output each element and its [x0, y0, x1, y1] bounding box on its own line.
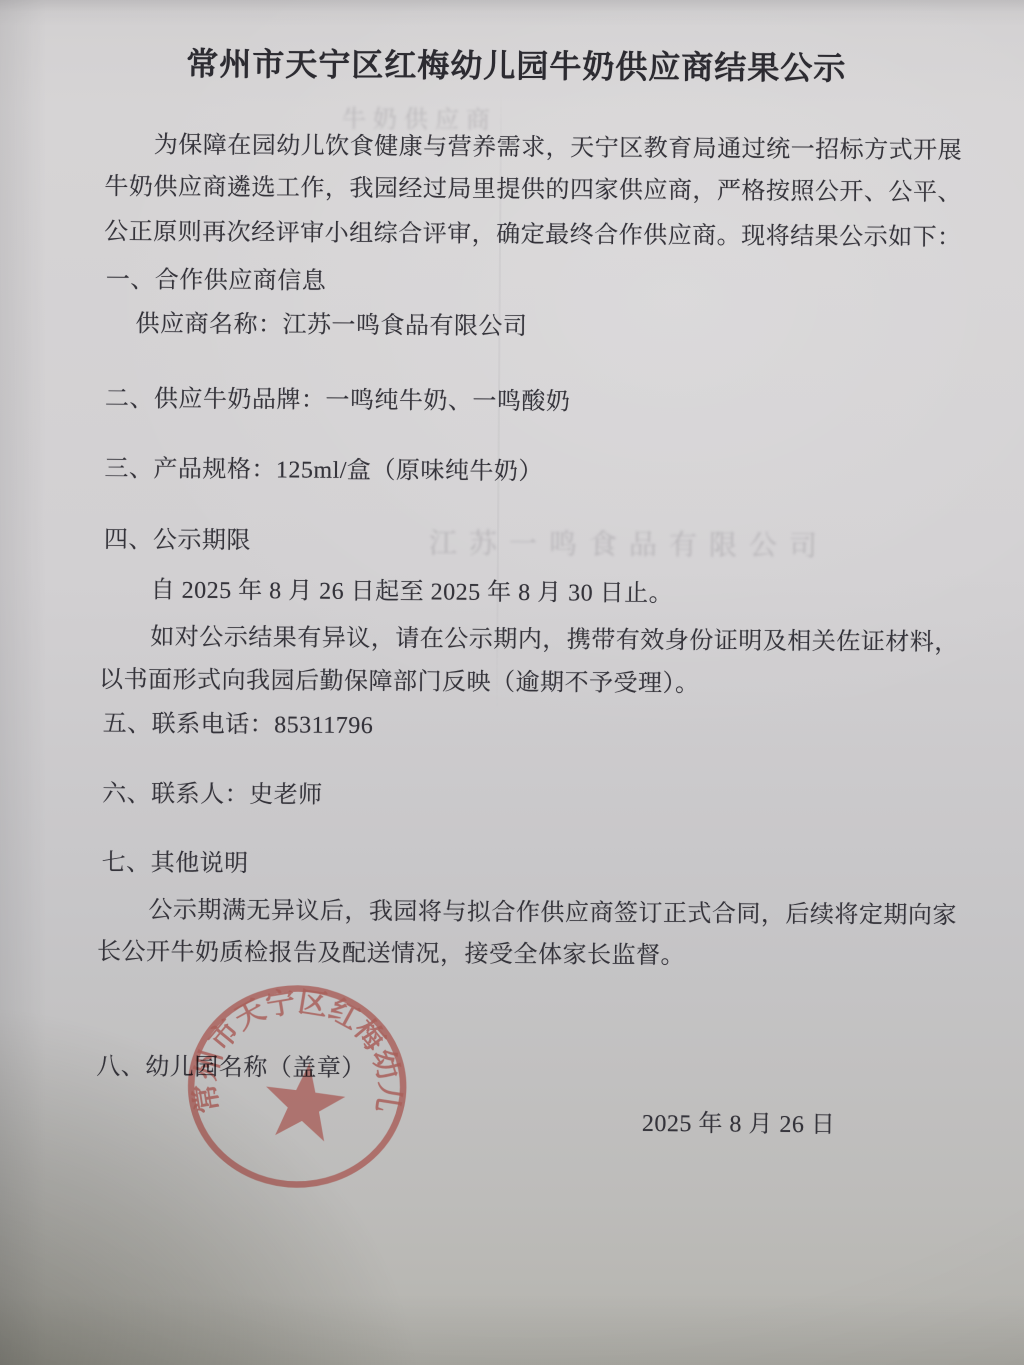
- doc-date: 2025 年 8 月 26 日: [642, 1108, 836, 1141]
- seal-star-icon: [260, 1058, 349, 1144]
- photographed-notice: { "doc": { "title": "常州市天宁区红梅幼儿园牛奶供应商结果公…: [0, 0, 1024, 1365]
- section-7-heading: 七、其他说明: [102, 847, 249, 880]
- section-1-heading: 一、合作供应商信息: [106, 264, 327, 298]
- publicity-period: 自 2025 年 8 月 26 日起至 2025 年 8 月 30 日止。: [151, 574, 674, 610]
- section-6-contact-person: 六、联系人：史老师: [102, 778, 323, 812]
- other-notes: 公示期满无异议后，我园将与拟合作供应商签订正式合同，后续将定期向家: [148, 894, 957, 932]
- supplier-name: 供应商名称：江苏一鸣食品有限公司: [135, 308, 527, 343]
- section-2-milk-brands: 二、供应牛奶品牌：一鸣纯牛奶、一鸣酸奶: [105, 383, 571, 418]
- objection-instructions: 如对公示结果有异议，请在公示期内，携带有效身份证明及相关佐证材料，: [150, 621, 959, 659]
- bleed-through-text: 牛奶供应商: [342, 99, 497, 135]
- official-seal: 常州市天宁区红梅幼儿园: [183, 981, 410, 1193]
- document-page: 牛奶供应商 江苏一鸣食品有限公司 常州市天宁区红梅幼儿园牛奶供应商结果公示 为保…: [0, 0, 1024, 1365]
- objection-instructions: 以书面形式向我园后勤保障部门反映（逾期不予受理）。: [99, 664, 700, 700]
- section-5-phone: 五、联系电话：85311796: [103, 708, 374, 742]
- doc-title: 常州市天宁区红梅幼儿园牛奶供应商结果公示: [4, 46, 1024, 85]
- intro-line: 为保障在园幼儿饮食健康与营养需求，天宁区教育局通过统一招标方式开展: [154, 129, 963, 167]
- intro-line: 牛奶供应商遴选工作，我园经过局里提供的四家供应商，严格按照公开、公平、: [104, 171, 962, 209]
- bleed-through-text: 江苏一鸣食品有限公司: [429, 521, 829, 564]
- section-4-heading: 四、公示期限: [104, 524, 251, 557]
- intro-line: 公正原则再次经评审小组综合评审，确定最终合作供应商。现将结果公示如下：: [104, 216, 962, 254]
- section-3-product-spec: 三、产品规格：125ml/盒（原味纯牛奶）: [104, 453, 543, 488]
- other-notes: 长公开牛奶质检报告及配送情况，接受全体家长监督。: [97, 936, 685, 972]
